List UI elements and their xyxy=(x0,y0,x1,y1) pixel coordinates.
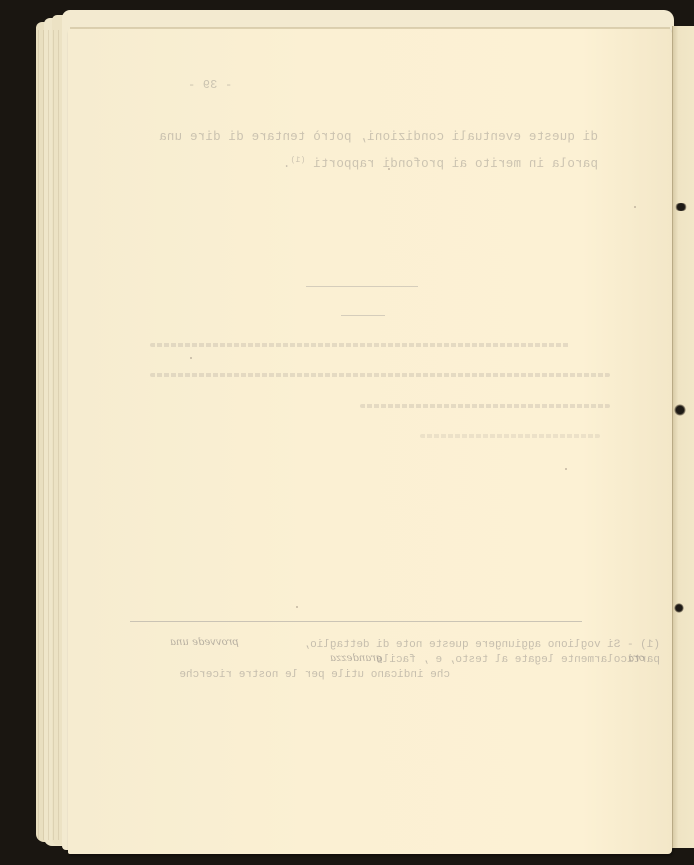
staple-hole-icon xyxy=(674,603,684,613)
sheet-edge-line xyxy=(70,27,670,29)
body-line-suffix: . xyxy=(283,157,291,171)
footnote-marker: (1) xyxy=(290,156,305,165)
binding-strip xyxy=(672,26,694,848)
body-line: di queste eventuali condizioni, potrò te… xyxy=(148,130,598,144)
paper-speck xyxy=(565,468,567,470)
faint-text-line xyxy=(360,404,610,408)
handwritten-annotation: provvede una xyxy=(170,637,239,648)
footnote-line: particolarmente legate al testo, e , fac… xyxy=(128,654,660,666)
faint-text-line xyxy=(150,373,610,377)
page-number: - 39 - xyxy=(180,78,240,92)
body-line: parola in merito ai profondi rapporti (1… xyxy=(300,156,598,171)
faint-text-line xyxy=(150,343,570,347)
document-page xyxy=(68,28,672,854)
paper-speck xyxy=(388,168,390,170)
handwritten-annotation: ora xyxy=(628,653,645,664)
paper-speck xyxy=(634,206,636,208)
faint-text-line xyxy=(420,434,600,438)
staple-hole-icon xyxy=(674,404,686,416)
footnote-line: che indicano utile per le nostre ricerch… xyxy=(128,669,450,681)
section-separator-short xyxy=(341,315,385,316)
body-line-text: parola in merito ai profondi rapporti xyxy=(313,157,598,171)
footnote-separator xyxy=(130,621,582,622)
paper-speck xyxy=(296,606,298,608)
section-separator xyxy=(306,286,418,287)
scan-scene: - 39 - di queste eventuali condizioni, p… xyxy=(0,0,694,865)
paper-speck xyxy=(190,357,192,359)
staple-hole-icon xyxy=(674,203,688,211)
handwritten-annotation: grandezza xyxy=(330,653,382,664)
